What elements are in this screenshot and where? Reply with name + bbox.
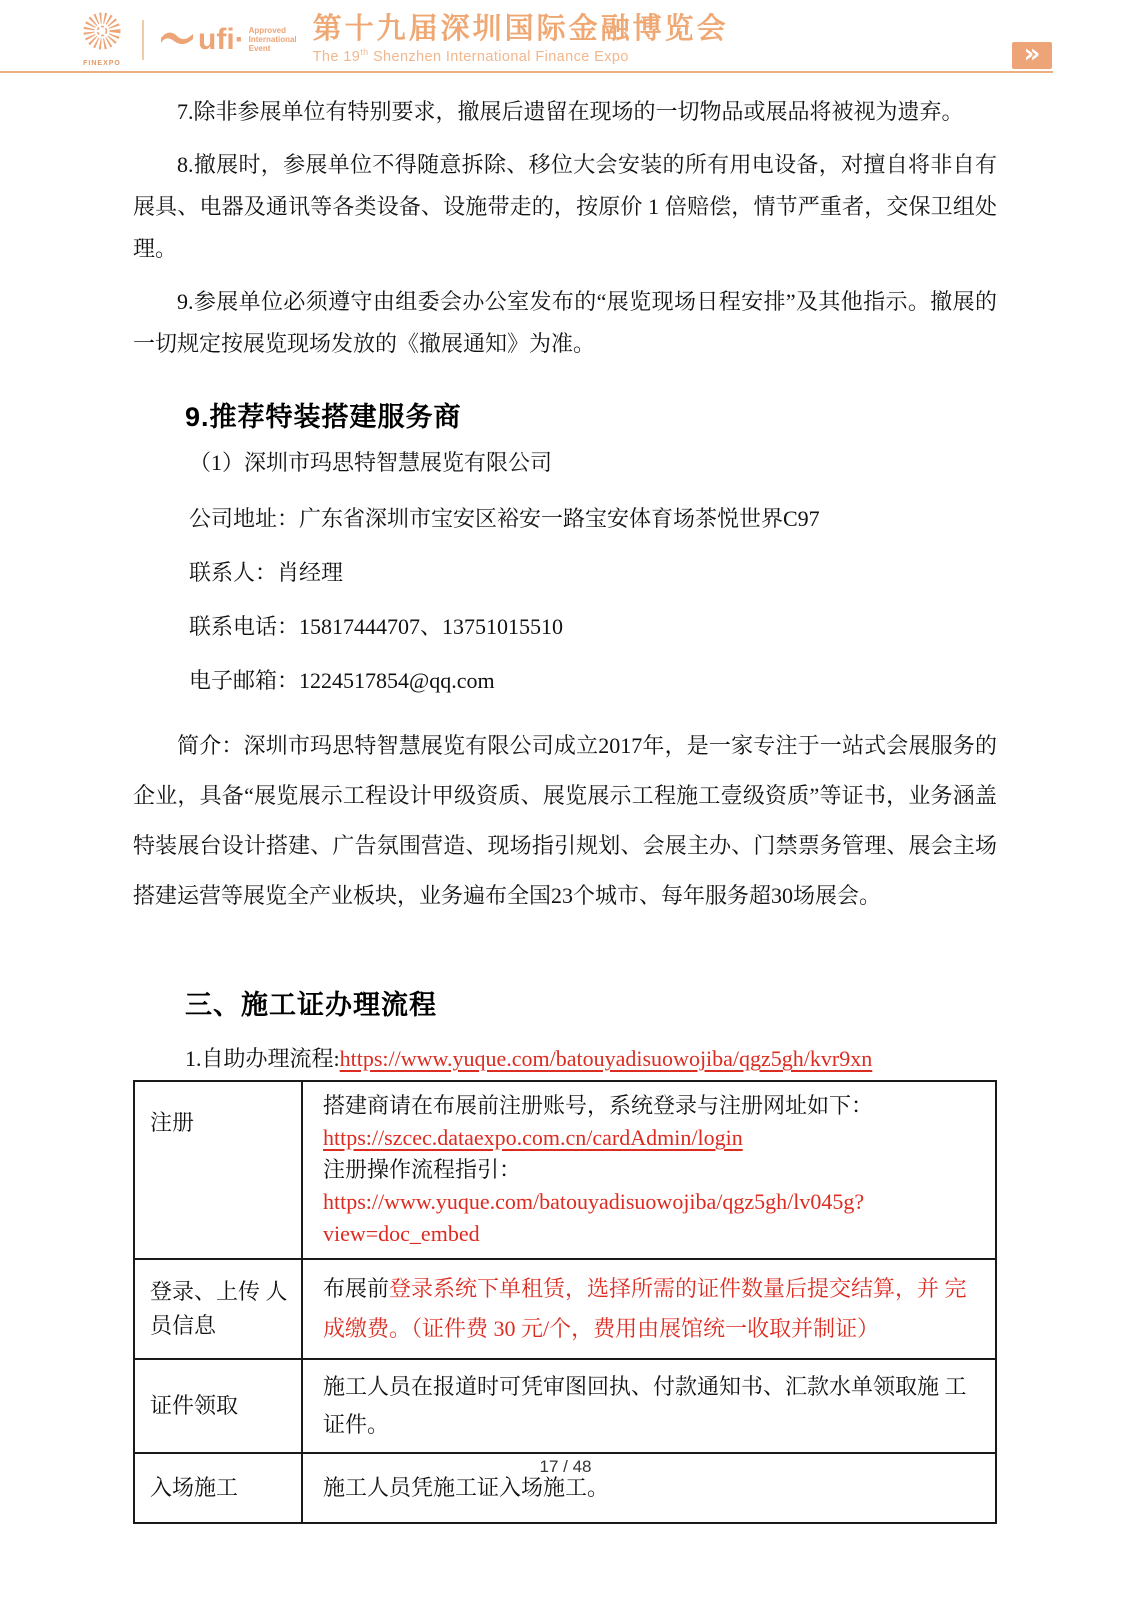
self-service-process-link[interactable]: https://www.yuque.com/batouyadisuowojiba… [340,1046,873,1071]
expo-title-en: The 19th Shenzhen International Finance … [313,44,729,66]
table-row-login-upload: 登录、上传 人员信息 布展前登录系统下单租赁，选择所需的证件数量后提交结算，并 … [134,1259,996,1359]
contact-phone-line: 联系电话：15817444707、13751015510 [189,615,997,639]
double-chevron-icon: » [1012,42,1052,69]
finexpo-sunburst-icon [81,12,123,59]
section-heading-permit-process: 三、施工证办理流程 [185,983,997,1022]
self-service-process-line: 1.自助办理流程:https://www.yuque.com/batouyadi… [185,1046,997,1072]
process-label: 1.自助办理流程: [185,1046,340,1071]
company-name-item: （1）深圳市玛思特智慧展览有限公司 [189,446,997,477]
row-content-register: 搭建商请在布展前注册账号，系统登录与注册网址如下： https://szcec.… [302,1081,996,1259]
paragraph-7: 7.除非参展单位有特别要求，撤展后遗留在现场的一切物品或展品将被视为遗弃。 [133,91,997,133]
ufi-caption-line: Approved [249,26,286,35]
register-guide-label: 注册操作流程指引： [323,1154,981,1186]
section-heading-recommended-contractors: 9.推荐特装搭建服务商 [185,395,997,434]
row-label-login-upload: 登录、上传 人员信息 [134,1259,302,1359]
card-admin-login-link[interactable]: https://szcec.dataexpo.com.cn/cardAdmin/… [323,1125,743,1150]
finexpo-logo-text: FINEXPO [83,60,121,67]
table-row-register: 注册 搭建商请在布展前注册账号，系统登录与注册网址如下： https://szc… [134,1081,996,1259]
ufi-logo: ufi· Approved International Event [160,25,297,55]
page-number: 17 / 48 [0,1457,1131,1477]
ufi-logo-text: ufi· [198,25,245,55]
expo-title-en-prefix: The 19 [313,48,361,64]
page-header: FINEXPO ufi· Approved International Even… [0,0,1131,76]
row-content-badge-collection: 施工人员在报道时可凭审图回执、付款通知书、汇款水单领取施 工证件。 [302,1359,996,1453]
logo-row: FINEXPO ufi· Approved International Even… [0,0,1131,67]
paragraph-9: 9.参展单位必须遵守由组委会办公室发布的“展览现场日程安排”及其他指示。撤展的一… [133,281,997,365]
document-content: 7.除非参展单位有特别要求，撤展后遗留在现场的一切物品或展品将被视为遗弃。 8.… [0,91,1131,1524]
row-content-login-upload: 布展前登录系统下单租赁，选择所需的证件数量后提交结算，并 完成缴费。（证件费 3… [302,1259,996,1359]
expo-title-block: 第十九届深圳国际金融博览会 The 19th Shenzhen Internat… [313,14,729,66]
document-page: FINEXPO ufi· Approved International Even… [0,0,1131,1600]
company-intro-paragraph: 简介：深圳市玛思特智慧展览有限公司成立2017年，是一家专注于一站式会展服务的企… [133,721,997,921]
expo-title-cn: 第十九届深圳国际金融博览会 [313,14,729,44]
contact-person-line: 联系人：肖经理 [189,561,997,585]
expo-title-en-suffix: Shenzhen International Finance Expo [369,48,629,64]
header-divider-line [0,71,1053,73]
row-label-badge-collection: 证件领取 [134,1359,302,1453]
ufi-caption-line: Event [249,44,271,53]
login-instruction-prefix: 布展前 [323,1276,389,1301]
ufi-caption-line: International [249,35,297,44]
contact-email-line: 电子邮箱：1224517854@qq.com [189,669,997,693]
logo-divider [142,20,144,60]
paragraph-8: 8.撤展时，参展单位不得随意拆除、移位大会安装的所有用电设备，对擅自将非自有展具… [133,144,997,270]
ufi-swoosh-icon [160,27,194,52]
finexpo-logo: FINEXPO [74,12,130,67]
register-instruction-text: 搭建商请在布展前注册账号，系统登录与注册网址如下： [323,1090,981,1122]
row-label-register: 注册 [134,1081,302,1259]
register-guide-link[interactable]: https://www.yuque.com/batouyadisuowojiba… [323,1189,864,1246]
table-row-badge-collection: 证件领取 施工人员在报道时可凭审图回执、付款通知书、汇款水单领取施 工证件。 [134,1359,996,1453]
company-address-line: 公司地址：广东省深圳市宝安区裕安一路宝安体育场茶悦世界C97 [189,507,997,531]
login-instruction-highlight: 登录系统下单租赁，选择所需的证件数量后提交结算，并 完成缴费。（证件费 30 元… [323,1276,967,1341]
ufi-caption: Approved International Event [249,26,297,53]
expo-title-en-ordinal: th [360,47,368,57]
